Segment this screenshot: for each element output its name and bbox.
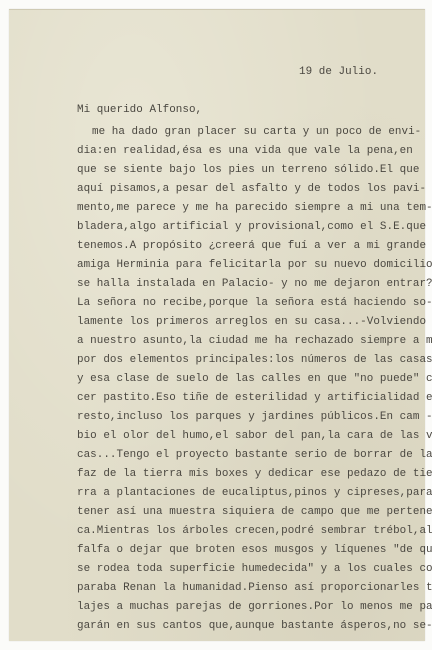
- body-line: La señora no recibe,porque la señora est…: [77, 297, 432, 309]
- body-line: garán en sus cantos que,aunque bastante …: [77, 620, 432, 632]
- body-line: bio el olor del humo,el sabor del pan,la…: [77, 430, 432, 442]
- letter-date: 19 de Julio.: [299, 66, 378, 78]
- body-line: mento,me parece y me ha parecido siempre…: [77, 202, 432, 214]
- body-line: se rodea toda superficie humedecida" y a…: [77, 563, 432, 575]
- body-line: resto,incluso los parques y jardines púb…: [77, 411, 432, 423]
- body-line: que se siente bajo los pies un terreno s…: [77, 164, 419, 176]
- body-line: amiga Herminia para felicitarla por su n…: [77, 259, 432, 271]
- body-line: se halla instalada en Palacio- y no me d…: [77, 278, 432, 290]
- body-line: paraba Renan la humanidad.Pienso así pro…: [77, 582, 432, 594]
- body-line: cas...Tengo el proyecto bastante serio d…: [77, 449, 432, 461]
- body-line: cer pastito.Eso tiñe de esterilidad y ar…: [77, 392, 432, 404]
- body-line: bladera,algo artificial y provisional,co…: [77, 221, 426, 233]
- letter-salutation: Mi querido Alfonso,: [77, 104, 202, 116]
- body-line: dia:en realidad,ésa es una vida que vale…: [77, 145, 413, 157]
- body-line: aquí pisamos,a pesar del asfalto y de to…: [77, 183, 426, 195]
- body-line: tenemos.A propósito ¿creerá que fuí a ve…: [77, 240, 426, 252]
- body-line: faz de la tierra mis boxes y dedicar ese…: [77, 468, 432, 480]
- body-line: a nuestro asunto,la ciudad me ha rechaza…: [77, 335, 432, 347]
- body-line: y esa clase de suelo de las calles en qu…: [77, 373, 432, 385]
- body-line: me ha dado gran placer su carta y un poc…: [92, 126, 421, 138]
- body-line: falfa o dejar que broten esos musgos y l…: [77, 544, 432, 556]
- body-line: tener así una muestra siquiera de campo …: [77, 506, 432, 518]
- body-line: lajes a muchas parejas de gorriones.Por …: [77, 601, 432, 613]
- body-line: lamente los primeros arreglos en su casa…: [77, 316, 426, 328]
- body-line: ca.Mientras los árboles crecen,podré sem…: [77, 525, 432, 537]
- body-line: por dos elementos principales:los número…: [77, 354, 432, 366]
- body-line: rra a plantaciones de eucaliptus,pinos y…: [77, 487, 432, 499]
